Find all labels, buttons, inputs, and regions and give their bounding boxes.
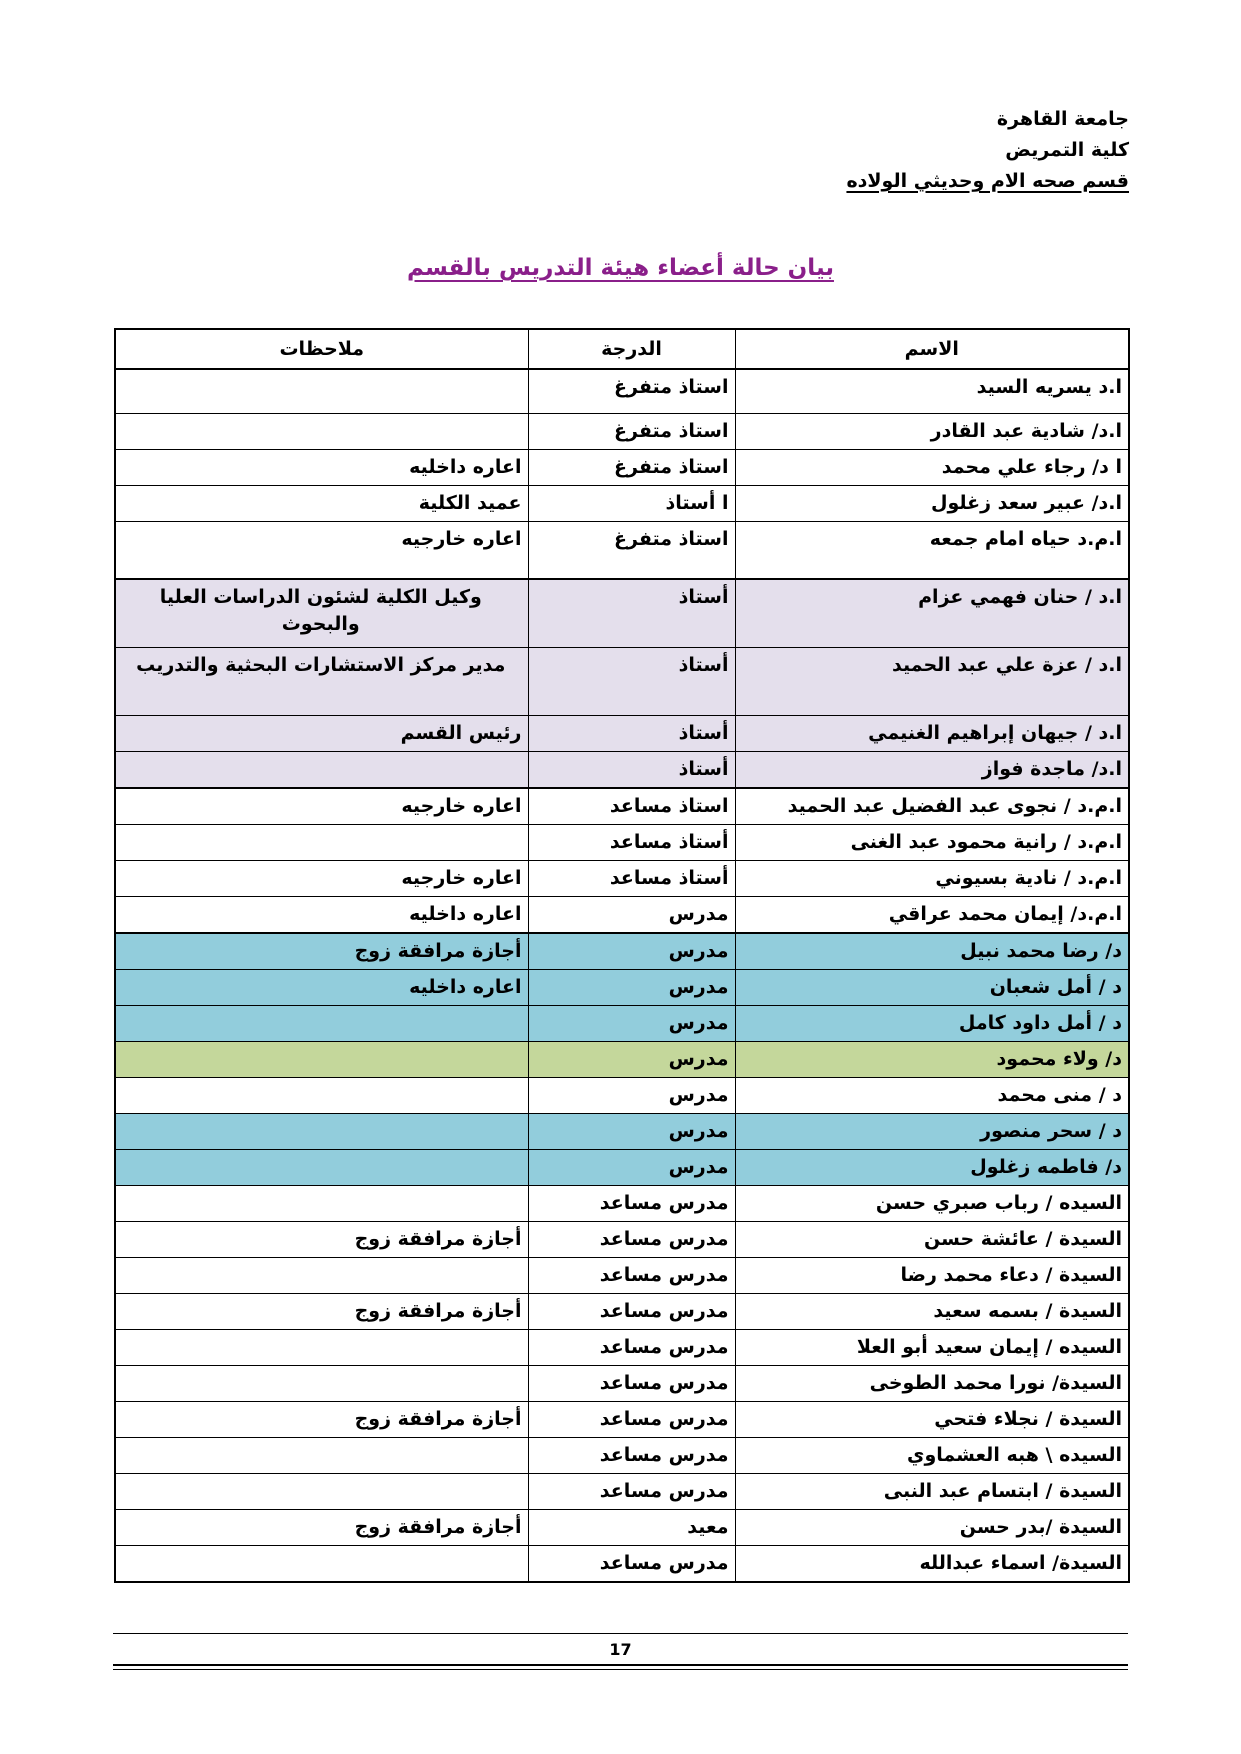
name-cell: السيدة/ نورا محمد الطوخى	[735, 1365, 1129, 1401]
table-row: د / منى محمدمدرس	[115, 1077, 1129, 1113]
name-cell: ا.م.د / رانية محمود عبد الغنى	[735, 824, 1129, 860]
name-cell: ا.د/ شادية عبد القادر	[735, 413, 1129, 449]
name-cell: د/ رضا محمد نبيل	[735, 933, 1129, 970]
table-row: السيدة /بدر حسنمعيدأجازة مرافقة زوج	[115, 1509, 1129, 1545]
notes-cell	[115, 1545, 528, 1582]
letterhead-faculty: كلية التمريض	[846, 135, 1129, 166]
name-cell: ا.د / جيهان إبراهيم الغنيمي	[735, 715, 1129, 751]
table-row: السيده / رباب صبري حسنمدرس مساعد	[115, 1185, 1129, 1221]
degree-cell: مدرس مساعد	[528, 1545, 735, 1582]
faculty-table: الاسم الدرجة ملاحظات ا.د يسريه السيداستا…	[114, 328, 1130, 1583]
degree-cell: مدرس مساعد	[528, 1293, 735, 1329]
name-cell: ا.م.د حياه امام جمعه	[735, 521, 1129, 579]
document-page: جامعة القاهرة كلية التمريض قسم صحه الام …	[0, 0, 1241, 1754]
degree-cell: مدرس	[528, 933, 735, 970]
degree-cell: أستاذ	[528, 579, 735, 647]
notes-cell: رئيس القسم	[115, 715, 528, 751]
degree-cell: أستاذ مساعد	[528, 860, 735, 896]
notes-cell: اعاره داخليه	[115, 896, 528, 933]
name-cell: د / أمل شعبان	[735, 969, 1129, 1005]
name-cell: ا.م.د / نجوى عبد الفضيل عبد الحميد	[735, 788, 1129, 825]
table-row: د/ رضا محمد نبيلمدرسأجازة مرافقة زوج	[115, 933, 1129, 970]
notes-cell: أجازة مرافقة زوج	[115, 1293, 528, 1329]
table-row: د/ ولاء محمودمدرس	[115, 1041, 1129, 1077]
notes-cell	[115, 1437, 528, 1473]
notes-cell	[115, 1041, 528, 1077]
degree-cell: مدرس	[528, 1041, 735, 1077]
degree-cell: مدرس	[528, 1005, 735, 1041]
notes-cell: اعاره خارجيه	[115, 521, 528, 579]
table-row: ا.د يسريه السيداستاذ متفرغ	[115, 369, 1129, 413]
name-cell: ا.م.د/ إيمان محمد عراقي	[735, 896, 1129, 933]
name-cell: السيده \ هبه العشماوي	[735, 1437, 1129, 1473]
notes-cell	[115, 1005, 528, 1041]
degree-cell: مدرس	[528, 1113, 735, 1149]
table-row: د / أمل شعبانمدرساعاره داخليه	[115, 969, 1129, 1005]
name-cell: ا.د يسريه السيد	[735, 369, 1129, 413]
column-header-notes: ملاحظات	[115, 329, 528, 369]
name-cell: السيده / إيمان سعيد أبو العلا	[735, 1329, 1129, 1365]
degree-cell: أستاذ	[528, 751, 735, 788]
degree-cell: مدرس مساعد	[528, 1437, 735, 1473]
notes-cell	[115, 751, 528, 788]
notes-cell	[115, 369, 528, 413]
name-cell: ا.م.د / نادية بسيوني	[735, 860, 1129, 896]
notes-cell: أجازة مرافقة زوج	[115, 1401, 528, 1437]
faculty-table-body: ا.د يسريه السيداستاذ متفرغا.د/ شادية عبد…	[115, 369, 1129, 1582]
table-row: د/ فاطمه زغلولمدرس	[115, 1149, 1129, 1185]
name-cell: ا.د / حنان فهمي عزام	[735, 579, 1129, 647]
degree-cell: مدرس مساعد	[528, 1257, 735, 1293]
notes-cell	[115, 1365, 528, 1401]
table-row: السيدة/ اسماء عبداللهمدرس مساعد	[115, 1545, 1129, 1582]
letterhead-university: جامعة القاهرة	[846, 104, 1129, 135]
name-cell: د/ فاطمه زغلول	[735, 1149, 1129, 1185]
name-cell: السيدة / بسمه سعيد	[735, 1293, 1129, 1329]
notes-cell: اعاره خارجيه	[115, 788, 528, 825]
name-cell: السيدة / ابتسام عبد النبى	[735, 1473, 1129, 1509]
table-row: د / سحر منصورمدرس	[115, 1113, 1129, 1149]
table-row: السيده / إيمان سعيد أبو العلامدرس مساعد	[115, 1329, 1129, 1365]
degree-cell: استاذ متفرغ	[528, 369, 735, 413]
table-row: السيدة / ابتسام عبد النبىمدرس مساعد	[115, 1473, 1129, 1509]
degree-cell: ا أستاذ	[528, 485, 735, 521]
notes-cell: مدير مركز الاستشارات البحثية والتدريب	[115, 647, 528, 715]
name-cell: د / أمل داود كامل	[735, 1005, 1129, 1041]
name-cell: ا.د/ عبير سعد زغلول	[735, 485, 1129, 521]
table-row: ا.م.د / نجوى عبد الفضيل عبد الحميداستاذ …	[115, 788, 1129, 825]
notes-cell	[115, 1113, 528, 1149]
table-row: ا.د/ ماجدة فوازأستاذ	[115, 751, 1129, 788]
degree-cell: مدرس مساعد	[528, 1473, 735, 1509]
column-header-degree: الدرجة	[528, 329, 735, 369]
degree-cell: استاذ متفرغ	[528, 413, 735, 449]
column-header-name: الاسم	[735, 329, 1129, 369]
table-row: السيدة/ نورا محمد الطوخىمدرس مساعد	[115, 1365, 1129, 1401]
degree-cell: معيد	[528, 1509, 735, 1545]
degree-cell: مدرس	[528, 896, 735, 933]
table-row: ا.م.د / رانية محمود عبد الغنىأستاذ مساعد	[115, 824, 1129, 860]
degree-cell: مدرس مساعد	[528, 1365, 735, 1401]
table-row: ا.د / حنان فهمي عزامأستاذوكيل الكلية لشئ…	[115, 579, 1129, 647]
table-row: د / أمل داود كاملمدرس	[115, 1005, 1129, 1041]
notes-cell: اعاره خارجيه	[115, 860, 528, 896]
table-row: السيدة / دعاء محمد رضامدرس مساعد	[115, 1257, 1129, 1293]
degree-cell: أستاذ	[528, 647, 735, 715]
table-row: السيدة / عائشة حسنمدرس مساعدأجازة مرافقة…	[115, 1221, 1129, 1257]
degree-cell: استاذ متفرغ	[528, 521, 735, 579]
name-cell: ا.د / عزة علي عبد الحميد	[735, 647, 1129, 715]
table-row: ا.د/ عبير سعد زغلولا أستاذعميد الكلية	[115, 485, 1129, 521]
degree-cell: أستاذ	[528, 715, 735, 751]
table-row: ا د/ رجاء علي محمداستاذ متفرغاعاره داخلي…	[115, 449, 1129, 485]
notes-cell	[115, 824, 528, 860]
name-cell: د / منى محمد	[735, 1077, 1129, 1113]
table-row: ا.م.د/ إيمان محمد عراقيمدرساعاره داخليه	[115, 896, 1129, 933]
notes-cell: أجازة مرافقة زوج	[115, 1221, 528, 1257]
notes-cell: وكيل الكلية لشئون الدراسات العليا والبحو…	[115, 579, 528, 647]
degree-cell: مدرس مساعد	[528, 1221, 735, 1257]
degree-cell: مدرس	[528, 1149, 735, 1185]
name-cell: ا.د/ ماجدة فواز	[735, 751, 1129, 788]
letterhead: جامعة القاهرة كلية التمريض قسم صحه الام …	[846, 104, 1129, 197]
table-row: السيده \ هبه العشماويمدرس مساعد	[115, 1437, 1129, 1473]
table-row: ا.م.د / نادية بسيونيأستاذ مساعداعاره خار…	[115, 860, 1129, 896]
name-cell: ا د/ رجاء علي محمد	[735, 449, 1129, 485]
name-cell: السيدة / دعاء محمد رضا	[735, 1257, 1129, 1293]
degree-cell: أستاذ مساعد	[528, 824, 735, 860]
name-cell: السيدة/ اسماء عبدالله	[735, 1545, 1129, 1582]
name-cell: د / سحر منصور	[735, 1113, 1129, 1149]
notes-cell	[115, 1329, 528, 1365]
letterhead-department: قسم صحه الام وحديثي الولاده	[846, 166, 1129, 197]
page-footer: 17	[113, 1633, 1128, 1670]
name-cell: السيدة / نجلاء فتحي	[735, 1401, 1129, 1437]
degree-cell: مدرس مساعد	[528, 1401, 735, 1437]
table-row: ا.د/ شادية عبد القادراستاذ متفرغ	[115, 413, 1129, 449]
notes-cell: اعاره داخليه	[115, 969, 528, 1005]
table-row: ا.د / عزة علي عبد الحميدأستاذمدير مركز ا…	[115, 647, 1129, 715]
page-title: بيان حالة أعضاء هيئة التدريس بالقسم	[0, 255, 1241, 281]
notes-cell: عميد الكلية	[115, 485, 528, 521]
footer-rule-bottom	[113, 1664, 1128, 1670]
notes-cell	[115, 1185, 528, 1221]
table-row: السيدة / نجلاء فتحيمدرس مساعدأجازة مرافق…	[115, 1401, 1129, 1437]
name-cell: د/ ولاء محمود	[735, 1041, 1129, 1077]
table-row: ا.م.د حياه امام جمعهاستاذ متفرغاعاره خار…	[115, 521, 1129, 579]
degree-cell: مدرس	[528, 1077, 735, 1113]
name-cell: السيدة / عائشة حسن	[735, 1221, 1129, 1257]
name-cell: السيدة /بدر حسن	[735, 1509, 1129, 1545]
notes-cell	[115, 1149, 528, 1185]
page-number: 17	[113, 1634, 1128, 1664]
notes-cell	[115, 1257, 528, 1293]
notes-cell: اعاره داخليه	[115, 449, 528, 485]
degree-cell: مدرس	[528, 969, 735, 1005]
table-row: السيدة / بسمه سعيدمدرس مساعدأجازة مرافقة…	[115, 1293, 1129, 1329]
notes-cell: أجازة مرافقة زوج	[115, 933, 528, 970]
notes-cell	[115, 1473, 528, 1509]
notes-cell: أجازة مرافقة زوج	[115, 1509, 528, 1545]
table-row: ا.د / جيهان إبراهيم الغنيميأستاذرئيس الق…	[115, 715, 1129, 751]
degree-cell: مدرس مساعد	[528, 1329, 735, 1365]
name-cell: السيده / رباب صبري حسن	[735, 1185, 1129, 1221]
table-header-row: الاسم الدرجة ملاحظات	[115, 329, 1129, 369]
degree-cell: استاذ مساعد	[528, 788, 735, 825]
notes-cell	[115, 1077, 528, 1113]
degree-cell: مدرس مساعد	[528, 1185, 735, 1221]
notes-cell	[115, 413, 528, 449]
degree-cell: استاذ متفرغ	[528, 449, 735, 485]
